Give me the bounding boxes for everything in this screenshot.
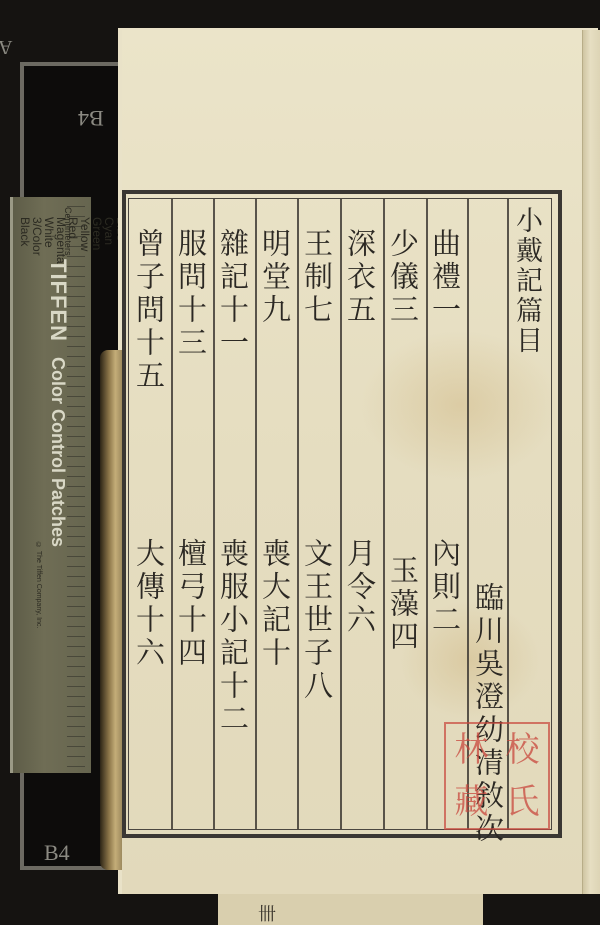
column-rule xyxy=(383,199,385,829)
chapter-entry: 喪大記十 xyxy=(260,538,289,670)
column-rule xyxy=(213,199,215,829)
seal-char: 藏 xyxy=(446,776,497,828)
seal-char: 林 xyxy=(446,724,497,776)
ruler-title: Color Control Patches xyxy=(47,357,68,547)
chapter-entry: 曾子問十五 xyxy=(134,228,163,393)
chapter-entry: 文王世子八 xyxy=(302,538,331,703)
chapter-entry: 喪服小記十二 xyxy=(218,538,247,736)
chapter-entry: 少儀三 xyxy=(388,228,417,327)
chapter-entry: 雜記十一 xyxy=(218,228,247,360)
color-name: 3/Color xyxy=(31,217,43,264)
chapter-entry: 服問十三 xyxy=(176,228,205,360)
chapter-entry: 玉藻四 xyxy=(388,555,417,654)
chapter-entry: 明堂九 xyxy=(260,228,289,327)
slip-mark: 卌 xyxy=(258,900,276,925)
page-title: 小戴記篇目 xyxy=(513,206,540,356)
chapter-entry: 大傳十六 xyxy=(134,538,163,670)
chapter-entry: 曲禮一 xyxy=(430,228,459,327)
background-label-corner: A xyxy=(0,35,12,58)
color-name: Cyan xyxy=(103,217,115,264)
red-collector-seal: 林 校 藏 氏 xyxy=(444,722,550,830)
color-name: Black xyxy=(19,217,31,264)
column-rule xyxy=(297,199,299,829)
page-edge-right xyxy=(582,30,600,894)
chapter-entry: 王制七 xyxy=(302,228,331,327)
color-name: Magenta xyxy=(55,217,67,264)
seal-char: 氏 xyxy=(497,776,548,828)
color-control-ruler: Centimeters TIFFEN Color Control Patches… xyxy=(10,197,91,773)
book-spine-edge xyxy=(100,350,122,870)
seal-char: 校 xyxy=(497,724,548,776)
chapter-entry: 月令六 xyxy=(345,538,374,637)
ruler-color-names: Blue Cyan Green Yellow Red Magenta White… xyxy=(19,217,127,300)
column-rule xyxy=(340,199,342,829)
chapter-entry: 深衣五 xyxy=(345,228,374,327)
ruler-copyright: © The Tiffen Company, Inc. xyxy=(35,542,42,628)
column-rule xyxy=(255,199,257,829)
bottom-paper-slip: 卌 xyxy=(218,894,483,925)
column-rule xyxy=(171,199,173,829)
color-name: Green xyxy=(91,217,103,264)
chapter-entry: 檀弓十四 xyxy=(176,538,205,670)
background-label-bottom: B4 xyxy=(44,840,70,866)
background-label-top: B4 xyxy=(78,105,104,131)
chapter-entry: 內則二 xyxy=(430,538,459,637)
color-name: Yellow xyxy=(79,217,91,264)
